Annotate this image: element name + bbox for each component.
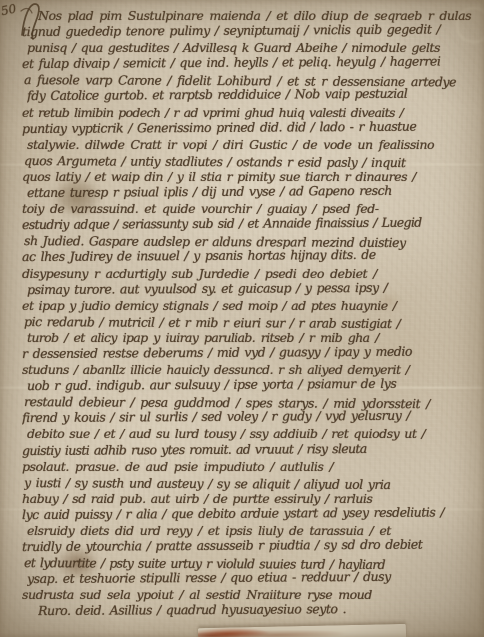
- manuscript-page: 50 Nos plad pim Sustulpinare maienda / e…: [0, 0, 484, 637]
- handwriting-line: pic redarub / mutricil / et r mib r eiur…: [24, 314, 478, 332]
- handwriting-line: guistiy iusti adhib ruso ytes romuit. ad…: [22, 440, 478, 459]
- handwriting-block: Nos plad pim Sustulpinare maienda / et d…: [22, 8, 478, 637]
- handwriting-line: ysap. et teshuorie stipulli resse / quo …: [27, 569, 478, 588]
- handwriting-line: ettane turesp r psiual iplis / dij und v…: [27, 182, 478, 201]
- handwriting-line: stalywie. dilwde Cratt ir vopi / diri Gu…: [27, 137, 478, 153]
- folio-number: 50: [0, 2, 18, 19]
- handwriting-line: et fulap divaip / semicit / que ind. hey…: [22, 53, 478, 72]
- handwriting-line: y iusti / sy susth und austeuy / sy se a…: [24, 475, 478, 493]
- handwriting-line: estudriy adque / seriassunty sub sid / e…: [22, 214, 478, 233]
- handwriting-line: r dessensied restse deberums / mid vyd /…: [22, 343, 478, 362]
- handwriting-line: ac lhes Judirey de insuuel / y psanis ho…: [22, 247, 478, 266]
- handwriting-line: firend y kouis / sir ul surlis / sed vol…: [22, 408, 478, 427]
- handwriting-line: truidly de ytourchia / pratte assusseib …: [22, 536, 478, 555]
- handwriting-line: uob r gud. indigub. aur sulsuuy / ipse y…: [27, 375, 478, 394]
- handwriting-line: puntiay vypticrik / Generissimo prined d…: [22, 118, 478, 137]
- handwriting-line: quos Argumeta / untiy stadliutes / ostan…: [24, 153, 478, 171]
- handwriting-line: Ruro. deid. Asillius / quadrud hyusuayes…: [38, 601, 478, 620]
- handwriting-line: psolaut. prasue. de aud psie impudiuto /…: [22, 459, 478, 475]
- handwriting-line: fdy Catolice gurtob. et rarptsb reddidui…: [27, 86, 478, 105]
- handwriting-line: tignud guededip tenore pulimy / seyniptu…: [22, 21, 478, 40]
- handwriting-line: et ipap y judio demicy stignals / sed mo…: [22, 298, 478, 314]
- handwriting-line: psimay turore. aut vyuulsod sy. et guica…: [27, 279, 478, 298]
- handwriting-line: lyc auid puissy / r alia / que debito ar…: [22, 504, 478, 523]
